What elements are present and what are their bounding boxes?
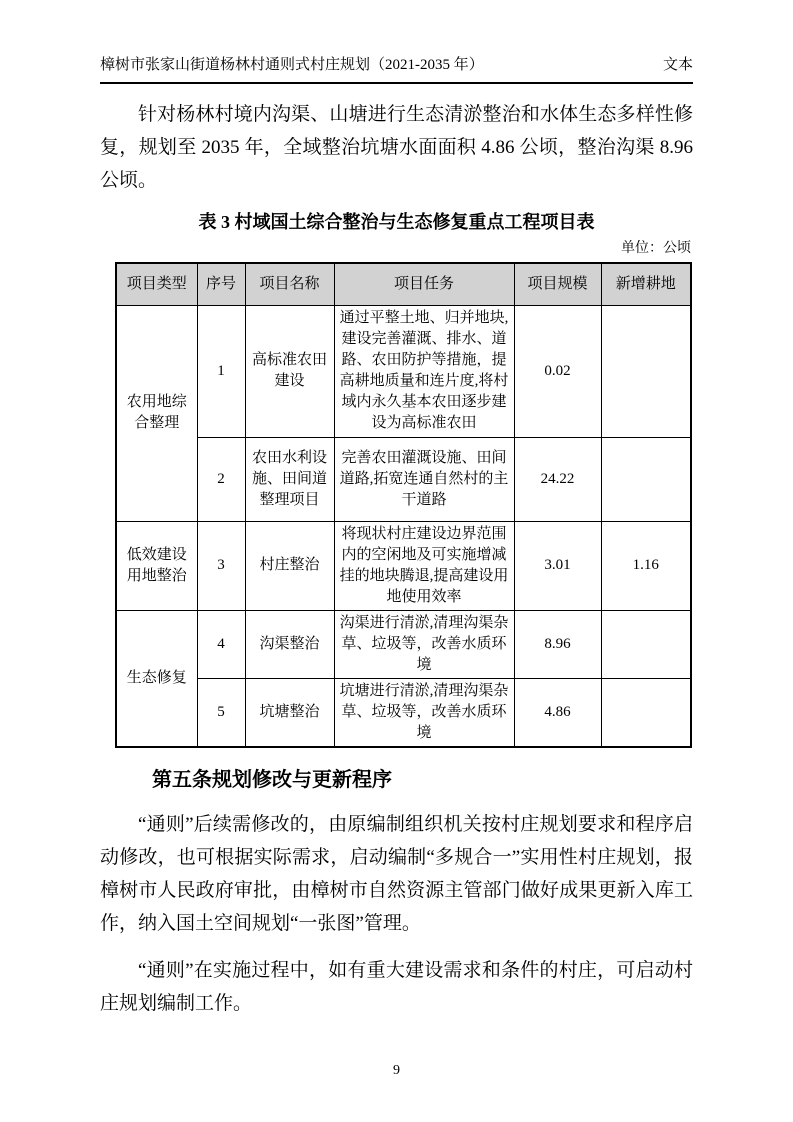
cell-name: 沟渠整治 <box>245 610 334 678</box>
cell-scale: 4.86 <box>514 678 601 747</box>
cell-no: 5 <box>197 678 245 747</box>
table-row: 生态修复 4 沟渠整治 沟渠进行清淤,清理沟渠杂草、垃圾等，改善水质环境 8.9… <box>116 610 691 678</box>
project-table: 项目类型 序号 项目名称 项目任务 项目规模 新增耕地 农用地综合整理 1 高标… <box>115 262 692 748</box>
table-row: 2 农田水利设施、田间道整理项目 完善农田灌溉设施、田间道路,拓宽连通自然村的主… <box>116 437 691 521</box>
column-header-project-type: 项目类型 <box>116 263 197 305</box>
table-header-row: 项目类型 序号 项目名称 项目任务 项目规模 新增耕地 <box>116 263 691 305</box>
column-header-serial-no: 序号 <box>197 263 245 305</box>
cell-group-inefficient-land: 低效建设用地整治 <box>116 521 197 610</box>
cell-no: 3 <box>197 521 245 610</box>
table-row: 农用地综合整理 1 高标准农田建设 通过平整土地、归并地块,建设完善灌溉、排水、… <box>116 305 691 437</box>
cell-scale: 3.01 <box>514 521 601 610</box>
section-heading-article-5: 第五条规划修改与更新程序 <box>100 766 693 794</box>
cell-no: 4 <box>197 610 245 678</box>
cell-scale: 24.22 <box>514 437 601 521</box>
cell-task: 沟渠进行清淤,清理沟渠杂草、垃圾等，改善水质环境 <box>334 610 514 678</box>
page-header-title: 樟树市张家山街道杨林村通则式村庄规划（2021-2035 年） <box>100 55 484 75</box>
cell-new-farmland <box>601 610 691 678</box>
table-row: 低效建设用地整治 3 村庄整治 将现状村庄建设边界范围内的空闲地及可实施增减挂的… <box>116 521 691 610</box>
table-unit-note: 单位：公顷 <box>100 240 691 258</box>
cell-scale: 8.96 <box>514 610 601 678</box>
table-row: 5 坑塘整治 坑塘进行清淤,清理沟渠杂草、垃圾等，改善水质环境 4.86 <box>116 678 691 747</box>
paragraph-revision-procedure: “通则”后续需修改的，由原编制组织机关按村庄规划要求和程序启动修改，也可根据实际… <box>100 808 693 940</box>
cell-group-ecological-restoration: 生态修复 <box>116 610 197 747</box>
table-title: 表 3 村域国土综合整治与生态修复重点工程项目表 <box>100 210 693 234</box>
page-header-doc-type: 文本 <box>663 55 693 75</box>
cell-new-farmland <box>601 437 691 521</box>
page-header: 樟树市张家山街道杨林村通则式村庄规划（2021-2035 年） 文本 <box>100 55 693 84</box>
column-header-project-scale: 项目规模 <box>514 263 601 305</box>
cell-scale: 0.02 <box>514 305 601 437</box>
column-header-project-name: 项目名称 <box>245 263 334 305</box>
page-number: 9 <box>100 1062 693 1080</box>
cell-task: 完善农田灌溉设施、田间道路,拓宽连通自然村的主干道路 <box>334 437 514 521</box>
cell-name: 高标准农田建设 <box>245 305 334 437</box>
cell-name: 农田水利设施、田间道整理项目 <box>245 437 334 521</box>
cell-name: 坑塘整治 <box>245 678 334 747</box>
column-header-project-task: 项目任务 <box>334 263 514 305</box>
document-page: 樟树市张家山街道杨林村通则式村庄规划（2021-2035 年） 文本 针对杨林村… <box>0 0 793 1122</box>
cell-name: 村庄整治 <box>245 521 334 610</box>
cell-task: 将现状村庄建设边界范围内的空闲地及可实施增减挂的地块腾退,提高建设用地使用效率 <box>334 521 514 610</box>
cell-task: 通过平整土地、归并地块,建设完善灌溉、排水、道路、农田防护等措施，提高耕地质量和… <box>334 305 514 437</box>
cell-no: 2 <box>197 437 245 521</box>
cell-group-agricultural-land: 农用地综合整理 <box>116 305 197 521</box>
cell-new-farmland <box>601 305 691 437</box>
paragraph-implementation-note: “通则”在实施过程中，如有重大建设需求和条件的村庄，可启动村庄规划编制工作。 <box>100 954 693 1020</box>
column-header-new-farmland: 新增耕地 <box>601 263 691 305</box>
paragraph-ecology-summary: 针对杨林村境内沟渠、山塘进行生态清淤整治和水体生态多样性修复，规划至 2035 … <box>100 98 693 197</box>
cell-no: 1 <box>197 305 245 437</box>
cell-new-farmland <box>601 678 691 747</box>
cell-task: 坑塘进行清淤,清理沟渠杂草、垃圾等，改善水质环境 <box>334 678 514 747</box>
cell-new-farmland: 1.16 <box>601 521 691 610</box>
